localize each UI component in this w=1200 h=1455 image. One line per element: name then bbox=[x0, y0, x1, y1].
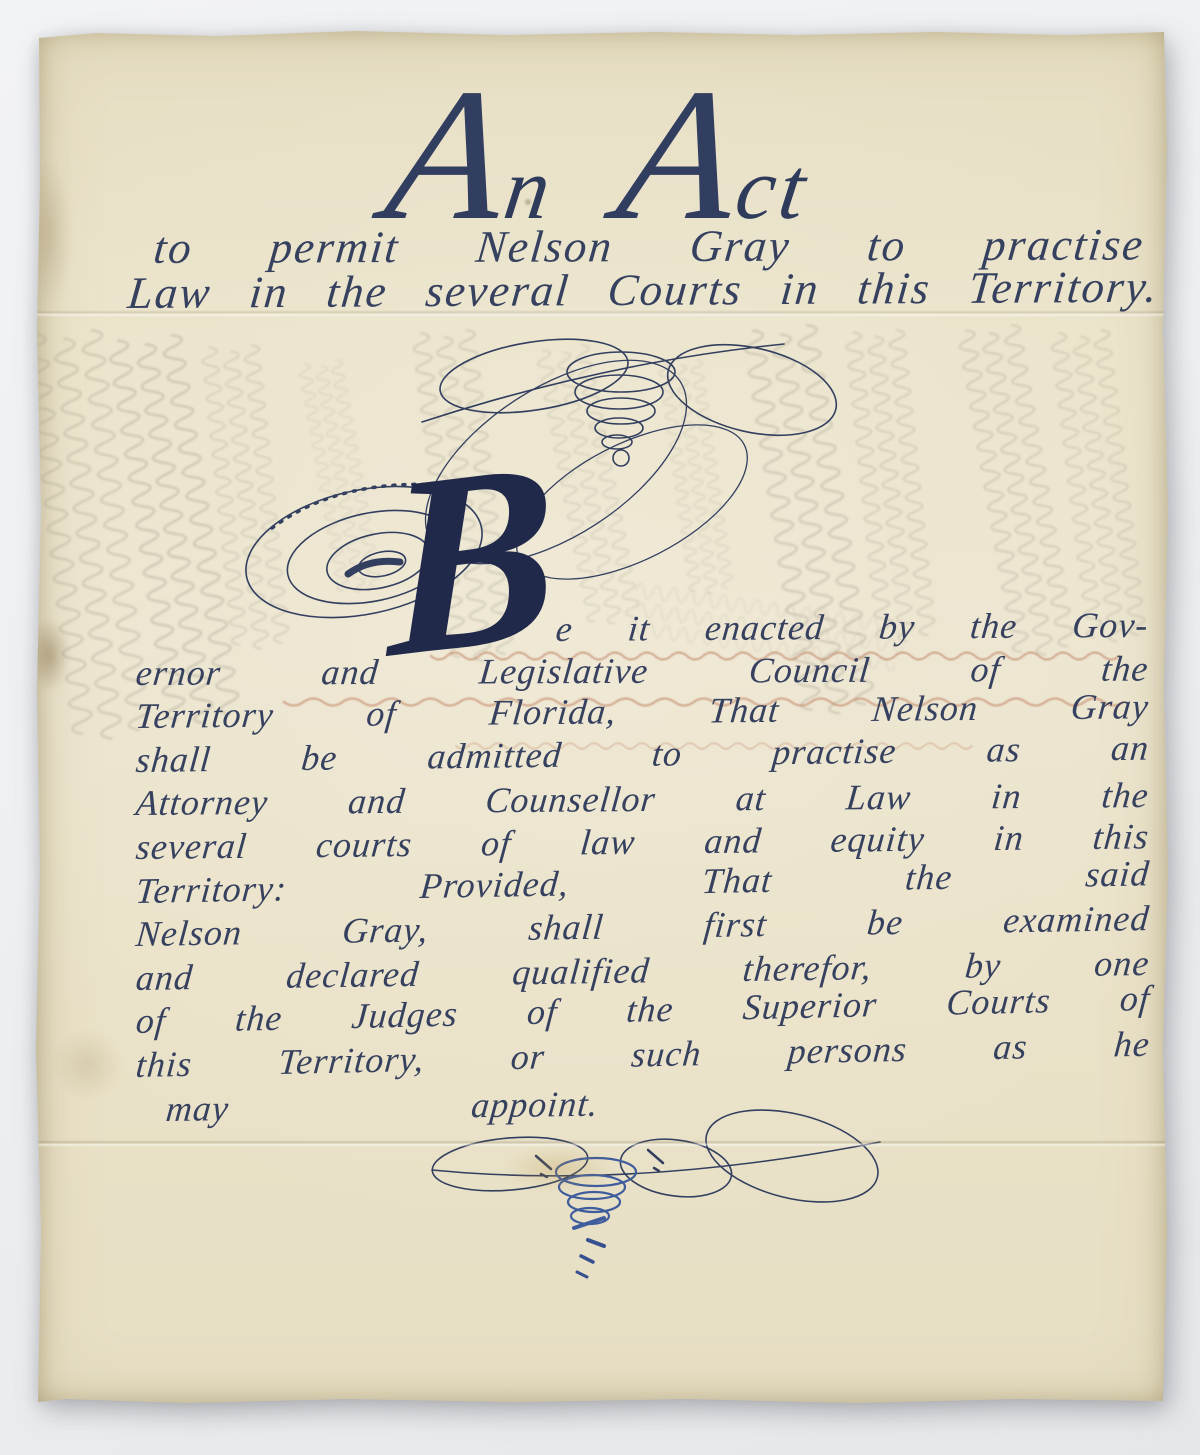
fold-crease-top bbox=[36, 310, 1168, 317]
title-caption-line-2: Law in the several Courts in this Territ… bbox=[126, 265, 1161, 316]
paper-stain bbox=[26, 160, 72, 310]
paper-stain bbox=[52, 1030, 122, 1100]
body-line: e it enacted by the Gov- bbox=[554, 604, 1151, 652]
manuscript-page: AnAct to permit Nelson Gray to practise … bbox=[36, 30, 1168, 1404]
title-caption: to permit Nelson Gray to practise Law in… bbox=[128, 226, 1158, 316]
photo-backdrop: AnAct to permit Nelson Gray to practise … bbox=[0, 0, 1200, 1455]
fold-crease-bottom bbox=[36, 1140, 1168, 1147]
body-line: may appoint. bbox=[164, 1082, 601, 1131]
paper-speck bbox=[524, 198, 532, 206]
paper-stain bbox=[28, 618, 70, 692]
body-text: e it enacted by the Gov- ernor and Legis… bbox=[136, 608, 1148, 1131]
paper-stain bbox=[504, 1146, 614, 1192]
manuscript-page-wrapper: AnAct to permit Nelson Gray to practise … bbox=[36, 30, 1168, 1404]
